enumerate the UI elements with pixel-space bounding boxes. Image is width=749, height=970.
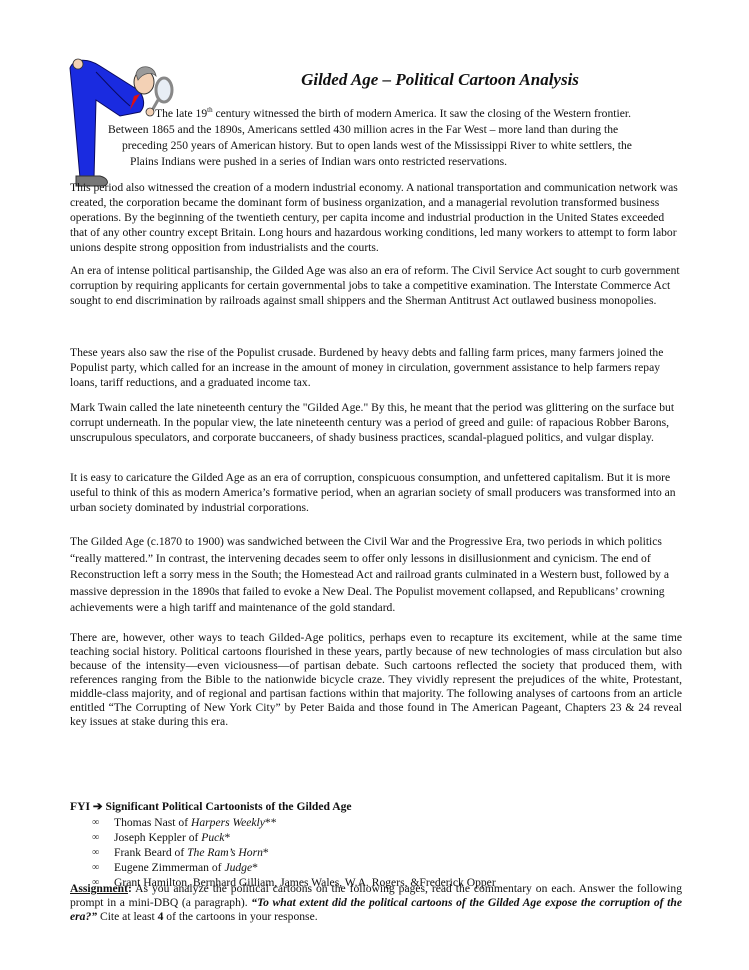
list-item: ∞Joseph Keppler of Puck* bbox=[92, 830, 496, 845]
paragraph-civil-war-progressive: The Gilded Age (c.1870 to 1900) was sand… bbox=[70, 534, 682, 617]
paragraph-populist: These years also saw the rise of the Pop… bbox=[70, 345, 682, 390]
assignment-paragraph: Assignment: As you analyze the political… bbox=[70, 882, 682, 924]
infinity-bullet-icon: ∞ bbox=[92, 830, 99, 845]
infinity-bullet-icon: ∞ bbox=[92, 815, 99, 830]
paragraph-mark-twain: Mark Twain called the late nineteenth ce… bbox=[70, 400, 682, 445]
assignment-label: Assignment bbox=[70, 882, 128, 895]
infinity-bullet-icon: ∞ bbox=[92, 860, 99, 875]
paragraph-industrial-economy: This period also witnessed the creation … bbox=[70, 180, 682, 255]
paragraph-caricature: It is easy to caricature the Gilded Age … bbox=[70, 470, 682, 515]
intro-line-2: Between 1865 and the 1890s, Americans se… bbox=[108, 122, 618, 138]
infinity-bullet-icon: ∞ bbox=[92, 845, 99, 860]
intro-line-3: preceding 250 years of American history.… bbox=[122, 138, 632, 154]
intro-line-4: Plains Indians were pushed in a series o… bbox=[130, 154, 507, 170]
list-item: ∞Thomas Nast of Harpers Weekly** bbox=[92, 815, 496, 830]
intro-line-1: The late 19th century witnessed the birt… bbox=[155, 106, 631, 122]
cartoonist-list: ∞Thomas Nast of Harpers Weekly** ∞Joseph… bbox=[92, 815, 496, 890]
page-title: Gilded Age – Political Cartoon Analysis bbox=[200, 70, 680, 90]
paragraph-reform: An era of intense political partisanship… bbox=[70, 263, 682, 308]
paragraph-cartoons: There are, however, other ways to teach … bbox=[70, 631, 682, 729]
list-item: ∞Frank Beard of The Ram’s Horn* bbox=[92, 845, 496, 860]
arrow-right-icon: ➔ bbox=[93, 800, 103, 813]
document-page: Gilded Age – Political Cartoon Analysis … bbox=[0, 0, 749, 970]
list-item: ∞Eugene Zimmerman of Judge* bbox=[92, 860, 496, 875]
fyi-heading: FYI ➔ Significant Political Cartoonists … bbox=[70, 799, 352, 813]
